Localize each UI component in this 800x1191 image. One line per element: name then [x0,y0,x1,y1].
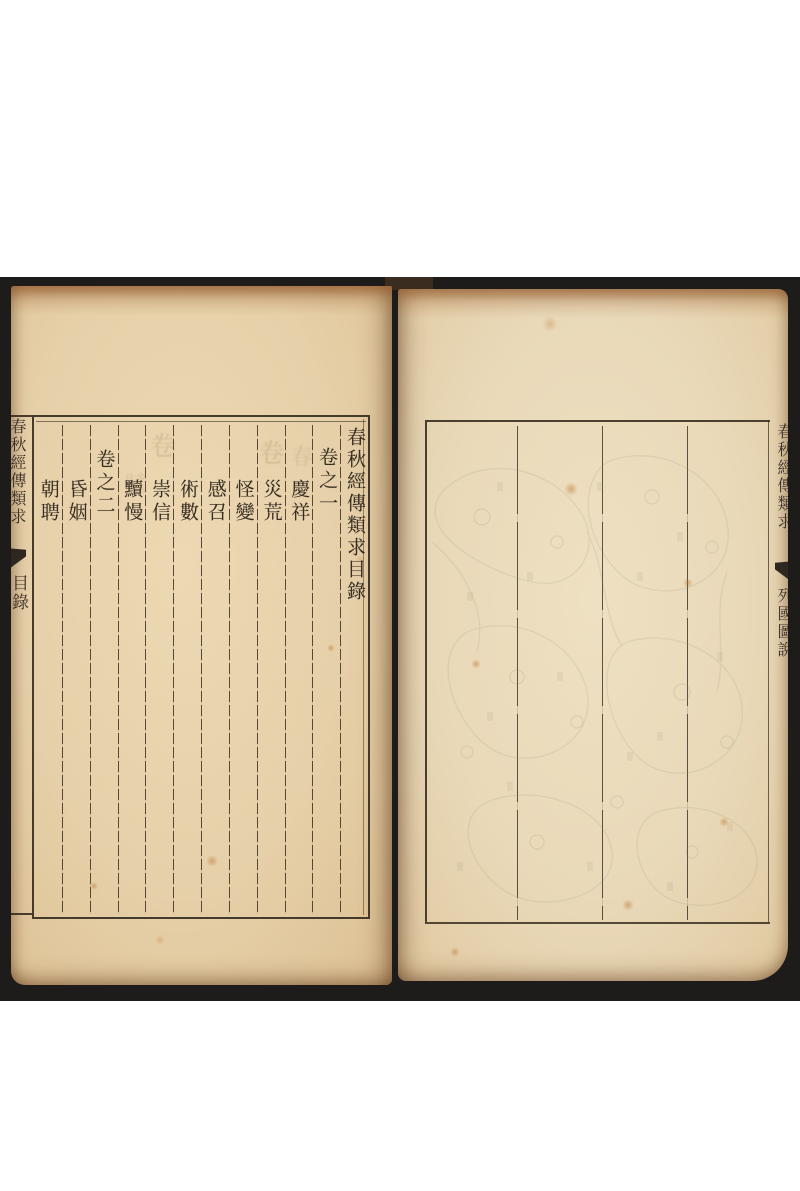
toc-entry: 慶祥 [285,479,313,525]
foxing-spot [327,644,335,652]
spine-section-label: 列國圖說 [773,587,788,659]
frame-top-extension [11,415,32,417]
foxing-spot [206,855,218,867]
spine-section-label: 目錄 [11,574,29,612]
foxing-spot [542,316,558,332]
book-photo: 春秋經傳類求 目錄 [0,277,800,1001]
page-top-shading [11,286,392,316]
toc-entry: 怪變 [229,479,257,525]
toc-entry: 感召 [201,479,229,525]
fish-tail-mark [775,561,788,583]
left-page: 春秋經傳類求 目錄 [11,286,392,985]
spine-book-title: 春秋經傳類求 [11,418,28,526]
bleedthrough-glyph: 春 [286,445,312,467]
toc-frame: 卷 春 卷 賦 春秋經傳類求目錄 卷之一 慶祥 災荒 怪變 感召 術數 崇信 黷… [32,415,370,919]
book-scan-viewer: 春秋經傳類求 目錄 [0,0,800,1191]
foxing-spot [683,578,693,588]
toc-entry: 崇信 [145,479,173,525]
foxing-spot [471,659,481,669]
frame-bottom-extension [11,913,32,915]
toc-entry: 災荒 [257,479,285,525]
spine-book-title: 春秋經傳類求 [773,423,788,531]
fish-tail-mark [11,548,26,570]
foxing-spot [719,817,729,827]
toc-entry-volume-1: 卷之一 [312,447,340,516]
foxing-spot [564,482,578,496]
foxing-spot [622,899,634,911]
foxing-spot [155,935,165,945]
foxing-spot [356,555,364,563]
map-bleedthrough [427,422,767,918]
toc-entry: 黷慢 [118,479,146,525]
left-page-spine-column: 春秋經傳類求 目錄 [11,418,32,938]
toc-entry-volume-2: 卷之二 [90,449,118,518]
toc-title: 春秋經傳類求目錄 [340,427,368,603]
foxing-spot [450,947,460,957]
bleedthrough-glyph: 卷 [256,439,282,465]
right-page-spine-column: 春秋經傳類求 列國圖說 [767,423,788,943]
toc-entry: 昏姻 [62,479,90,525]
page-top-shading [398,289,788,319]
toc-entry: 術數 [173,479,201,525]
toc-entry: 朝聘 [34,479,62,525]
right-page: 春秋經傳類求 列國圖說 [398,289,788,981]
frame-inner-top-line [36,421,366,422]
bleedthrough-glyph: 卷 [147,432,173,458]
foxing-spot [90,882,98,890]
